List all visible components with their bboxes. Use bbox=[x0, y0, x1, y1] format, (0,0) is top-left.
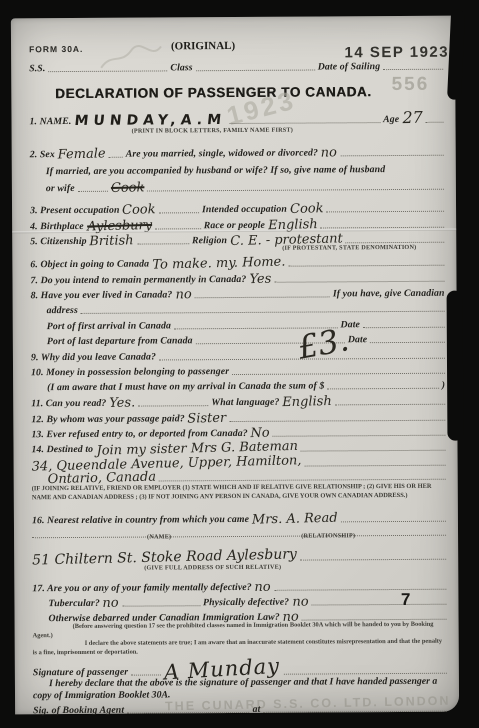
q7-remain-value: Yes bbox=[249, 272, 271, 288]
q14-destined-label: 14. Destined to bbox=[31, 444, 93, 455]
q2-sex-value: Female bbox=[58, 146, 106, 162]
q9-leave-label: 9. Why did you leave Canada? bbox=[31, 351, 156, 363]
q16-address-caption: (GIVE FULL ADDRESS OF SUCH RELATIVE) bbox=[144, 564, 281, 572]
ss-blank-line bbox=[48, 69, 167, 72]
q10-money-label: 10. Money in possession belonging to pas… bbox=[31, 366, 229, 378]
q16-relative-address-row: 51 Chiltern St. Stoke Road Aylesbury bbox=[32, 546, 446, 565]
q8-port-departure-row: Port of last departure from Canada Date bbox=[47, 331, 445, 347]
q10-paren-dots bbox=[327, 387, 438, 390]
q5-protestant-hint: (IF PROTESTANT, STATE DENOMINATION) bbox=[282, 244, 416, 252]
q1-hint-row: (PRINT IN BLOCK LETTERS, FAMILY NAME FIR… bbox=[132, 126, 444, 135]
q16-relationship-caption: (RELATIONSHIP) bbox=[301, 532, 355, 539]
q12-passage-paid-label: 12. By whom was your passage paid? bbox=[31, 413, 184, 425]
q2-continuation-text: If married, are you accompanied by husba… bbox=[46, 164, 385, 177]
q2-dots-b bbox=[340, 154, 443, 157]
port2-date-label: Date bbox=[348, 334, 368, 345]
q8-address-dots bbox=[81, 310, 445, 314]
q5-dots-a bbox=[137, 242, 189, 244]
q8-continuation-text: If you have, give Canadian bbox=[333, 288, 445, 300]
q17-mentally-value: no bbox=[255, 580, 272, 595]
q7-dots bbox=[274, 280, 444, 283]
q16-dots bbox=[341, 520, 446, 523]
q10-dots bbox=[232, 372, 445, 375]
q2-married-value: no bbox=[321, 145, 338, 160]
q1-name-label: 1. NAME. bbox=[29, 116, 71, 127]
q10-paren-text: (I am aware that I must have on my arriv… bbox=[47, 380, 324, 393]
q1-age-label: Age bbox=[383, 114, 399, 125]
class-blank-line bbox=[196, 69, 315, 72]
q17-mentally-label: 17. Are you or any of your family mental… bbox=[32, 582, 251, 594]
q6-object-label: 6. Object in going to Canada bbox=[30, 259, 149, 271]
question-13-row: 13. Ever refused entry to, or deported f… bbox=[31, 424, 445, 441]
q7-remain-label: 7. Do you intend to remain permanently i… bbox=[30, 274, 246, 286]
form-title: DECLARATION OF PASSENGER TO CANADA. bbox=[11, 84, 415, 101]
q8-address-row: address bbox=[47, 300, 445, 316]
question-17-row: 17. Are you or any of your family mental… bbox=[32, 578, 446, 595]
q3-present-occupation-label: 3. Present occupation bbox=[30, 205, 120, 217]
booking-dots-a bbox=[127, 711, 249, 714]
q11-read-value: Yes. bbox=[109, 395, 135, 411]
q17-dots bbox=[274, 588, 446, 591]
booking-at-label: at bbox=[253, 704, 261, 715]
q13-refused-label: 13. Ever refused entry to, or deported f… bbox=[31, 428, 247, 440]
port-last-departure-label: Port of last departure from Canada bbox=[47, 335, 193, 347]
question-9-row: 9. Why did you leave Canada? bbox=[31, 347, 445, 364]
q2-dots-a bbox=[109, 156, 123, 158]
q8-lived-value: no bbox=[175, 287, 192, 302]
q16-captions-row: (NAME) (RELATIONSHIP) bbox=[32, 532, 446, 542]
q17-dots-a bbox=[122, 604, 200, 606]
q16-address-dots bbox=[300, 558, 446, 561]
port-first-arrival-label: Port of first arrival in Canada bbox=[47, 320, 171, 332]
q11-language-value: English bbox=[282, 394, 332, 410]
sig-of-booking-agent-label: Sig. of Booking Agent bbox=[33, 705, 124, 717]
q3-intended-occupation-label: Intended occupation bbox=[202, 204, 287, 216]
q3-dots-a bbox=[159, 211, 199, 213]
question-14-row: 14. Destined to Join my sister Mrs G. Ba… bbox=[31, 439, 445, 456]
date-of-sailing-label: Date of Sailing bbox=[318, 61, 381, 72]
q8-lived-label: 8. Have you ever lived in Canada? bbox=[31, 289, 173, 301]
q5-citizenship-label: 5. Citizenship bbox=[30, 236, 86, 247]
q14-joining-hint: (IF JOINING RELATIVE, FRIEND OR EMPLOYER… bbox=[32, 482, 446, 503]
scanned-form-photo: { "header": { "form_no": "FORM 30A.", "o… bbox=[0, 0, 479, 728]
note-declaration-true: I declare the above statements are true;… bbox=[33, 637, 447, 658]
booking-dots-b bbox=[263, 710, 447, 713]
q17-tubercular-value: no bbox=[103, 596, 120, 611]
q3-present-occupation-value: Cook bbox=[122, 202, 156, 218]
question-2-row: 2. Sex Female Are you married, single, w… bbox=[30, 144, 444, 161]
scan-edge-artifact bbox=[447, 291, 464, 441]
q5-hint-row: (IF PROTESTANT, STATE DENOMINATION) bbox=[282, 244, 444, 252]
form-paper: FORM 30A. (ORIGINAL) 14 SEP 1923 S.S. Cl… bbox=[11, 16, 459, 715]
sailing-blank-line bbox=[383, 68, 443, 70]
q5-religion-label: Religion bbox=[192, 235, 227, 246]
ss-label: S.S. bbox=[29, 63, 45, 74]
age-blank-line bbox=[426, 121, 444, 123]
q2-or-wife-label: or wife bbox=[46, 183, 75, 194]
q1-name-hint: (PRINT IN BLOCK LETTERS, FAMILY NAME FIR… bbox=[132, 127, 293, 135]
q2-sex-label: 2. Sex bbox=[30, 149, 55, 160]
question-10-row: 10. Money in possession belonging to pas… bbox=[31, 362, 445, 379]
q13-dots bbox=[273, 434, 446, 437]
caption-spacer-b bbox=[171, 536, 301, 537]
copy-type-label: (ORIGINAL) bbox=[11, 39, 395, 53]
question-11-row: 11. Can you read? Yes. What language? En… bbox=[31, 393, 445, 410]
q17-dots-b bbox=[311, 603, 446, 606]
question-6-row: 6. Object in going to Canada To make. my… bbox=[30, 254, 444, 271]
q2-wife-dots-b bbox=[147, 188, 444, 192]
q16-name-caption: (NAME) bbox=[147, 533, 171, 540]
question-12-row: 12. By whom was your passage paid? Siste… bbox=[31, 409, 445, 426]
signature-dots-b bbox=[283, 672, 446, 675]
q11-read-label: 11. Can you read? bbox=[31, 398, 106, 409]
caption-spacer-a bbox=[32, 537, 147, 538]
q11-dots-a bbox=[138, 404, 208, 406]
q2-wife-dots-a bbox=[78, 190, 108, 192]
q6-dots bbox=[288, 264, 444, 267]
q16-address-caption-row: (GIVE FULL ADDRESS OF SUCH RELATIVE) bbox=[144, 563, 446, 572]
question-8-row: 8. Have you ever lived in Canada? no If … bbox=[31, 285, 445, 302]
q3-dots-b bbox=[326, 210, 444, 213]
q14-dots-b bbox=[305, 464, 446, 467]
q8-address-label: address bbox=[47, 305, 78, 316]
ss-line-row: S.S. Class Date of Sailing bbox=[29, 58, 443, 75]
port2-date-dots bbox=[370, 341, 445, 343]
q1-blank-line bbox=[229, 121, 380, 124]
signature-dots-a bbox=[131, 673, 161, 675]
signature-of-passenger-label: Signature of passenger bbox=[33, 667, 128, 679]
q17-physically-label: Physically defective? bbox=[203, 597, 289, 609]
scan-edge-artifact-top bbox=[447, 9, 465, 100]
q4-dots-a bbox=[155, 227, 201, 229]
q10-paren-close: ) bbox=[442, 380, 445, 391]
q11-language-label: What language? bbox=[211, 397, 279, 408]
question-3-row: 3. Present occupation Cook Intended occu… bbox=[30, 200, 444, 217]
q14-dots-a bbox=[301, 449, 446, 452]
q17-physically-value: no bbox=[292, 594, 309, 609]
q11-dots-b bbox=[335, 403, 445, 406]
q14-dots-c bbox=[159, 478, 446, 482]
port1-date-dots bbox=[363, 326, 445, 328]
question-2-continuation-row: If married, are you accompanied by husba… bbox=[46, 161, 444, 177]
class-label: Class bbox=[170, 62, 192, 73]
serial-number-stamp: 556 bbox=[392, 74, 430, 96]
question-2-wife-row: or wife Cook bbox=[46, 178, 444, 194]
question-7-row: 7. Do you intend to remain permanently i… bbox=[30, 270, 444, 287]
booking-agent-row: Sig. of Booking Agent at bbox=[33, 700, 447, 717]
q2-wife-name-scribble: Cook bbox=[110, 180, 144, 196]
question-1-row: 1. NAME. MUNDAY,A.M Age 27 bbox=[29, 108, 443, 128]
q8-port-arrival-row: Port of first arrival in Canada Date bbox=[47, 316, 445, 332]
q12-dots bbox=[230, 419, 446, 422]
q17-tubercular-row: Tubercular? no Physically defective? no bbox=[48, 593, 446, 609]
q10-paren-row: (I am aware that I must have on my arriv… bbox=[47, 377, 445, 393]
q8-dots bbox=[195, 295, 330, 298]
q1-age-value: 27 bbox=[402, 108, 423, 127]
q5-citizenship-value: British bbox=[89, 233, 134, 249]
q3-intended-occupation-value: Cook bbox=[290, 201, 324, 217]
q2-married-label: Are you married, single, widowed or divo… bbox=[126, 147, 318, 159]
q17-tubercular-label: Tubercular? bbox=[48, 598, 99, 609]
